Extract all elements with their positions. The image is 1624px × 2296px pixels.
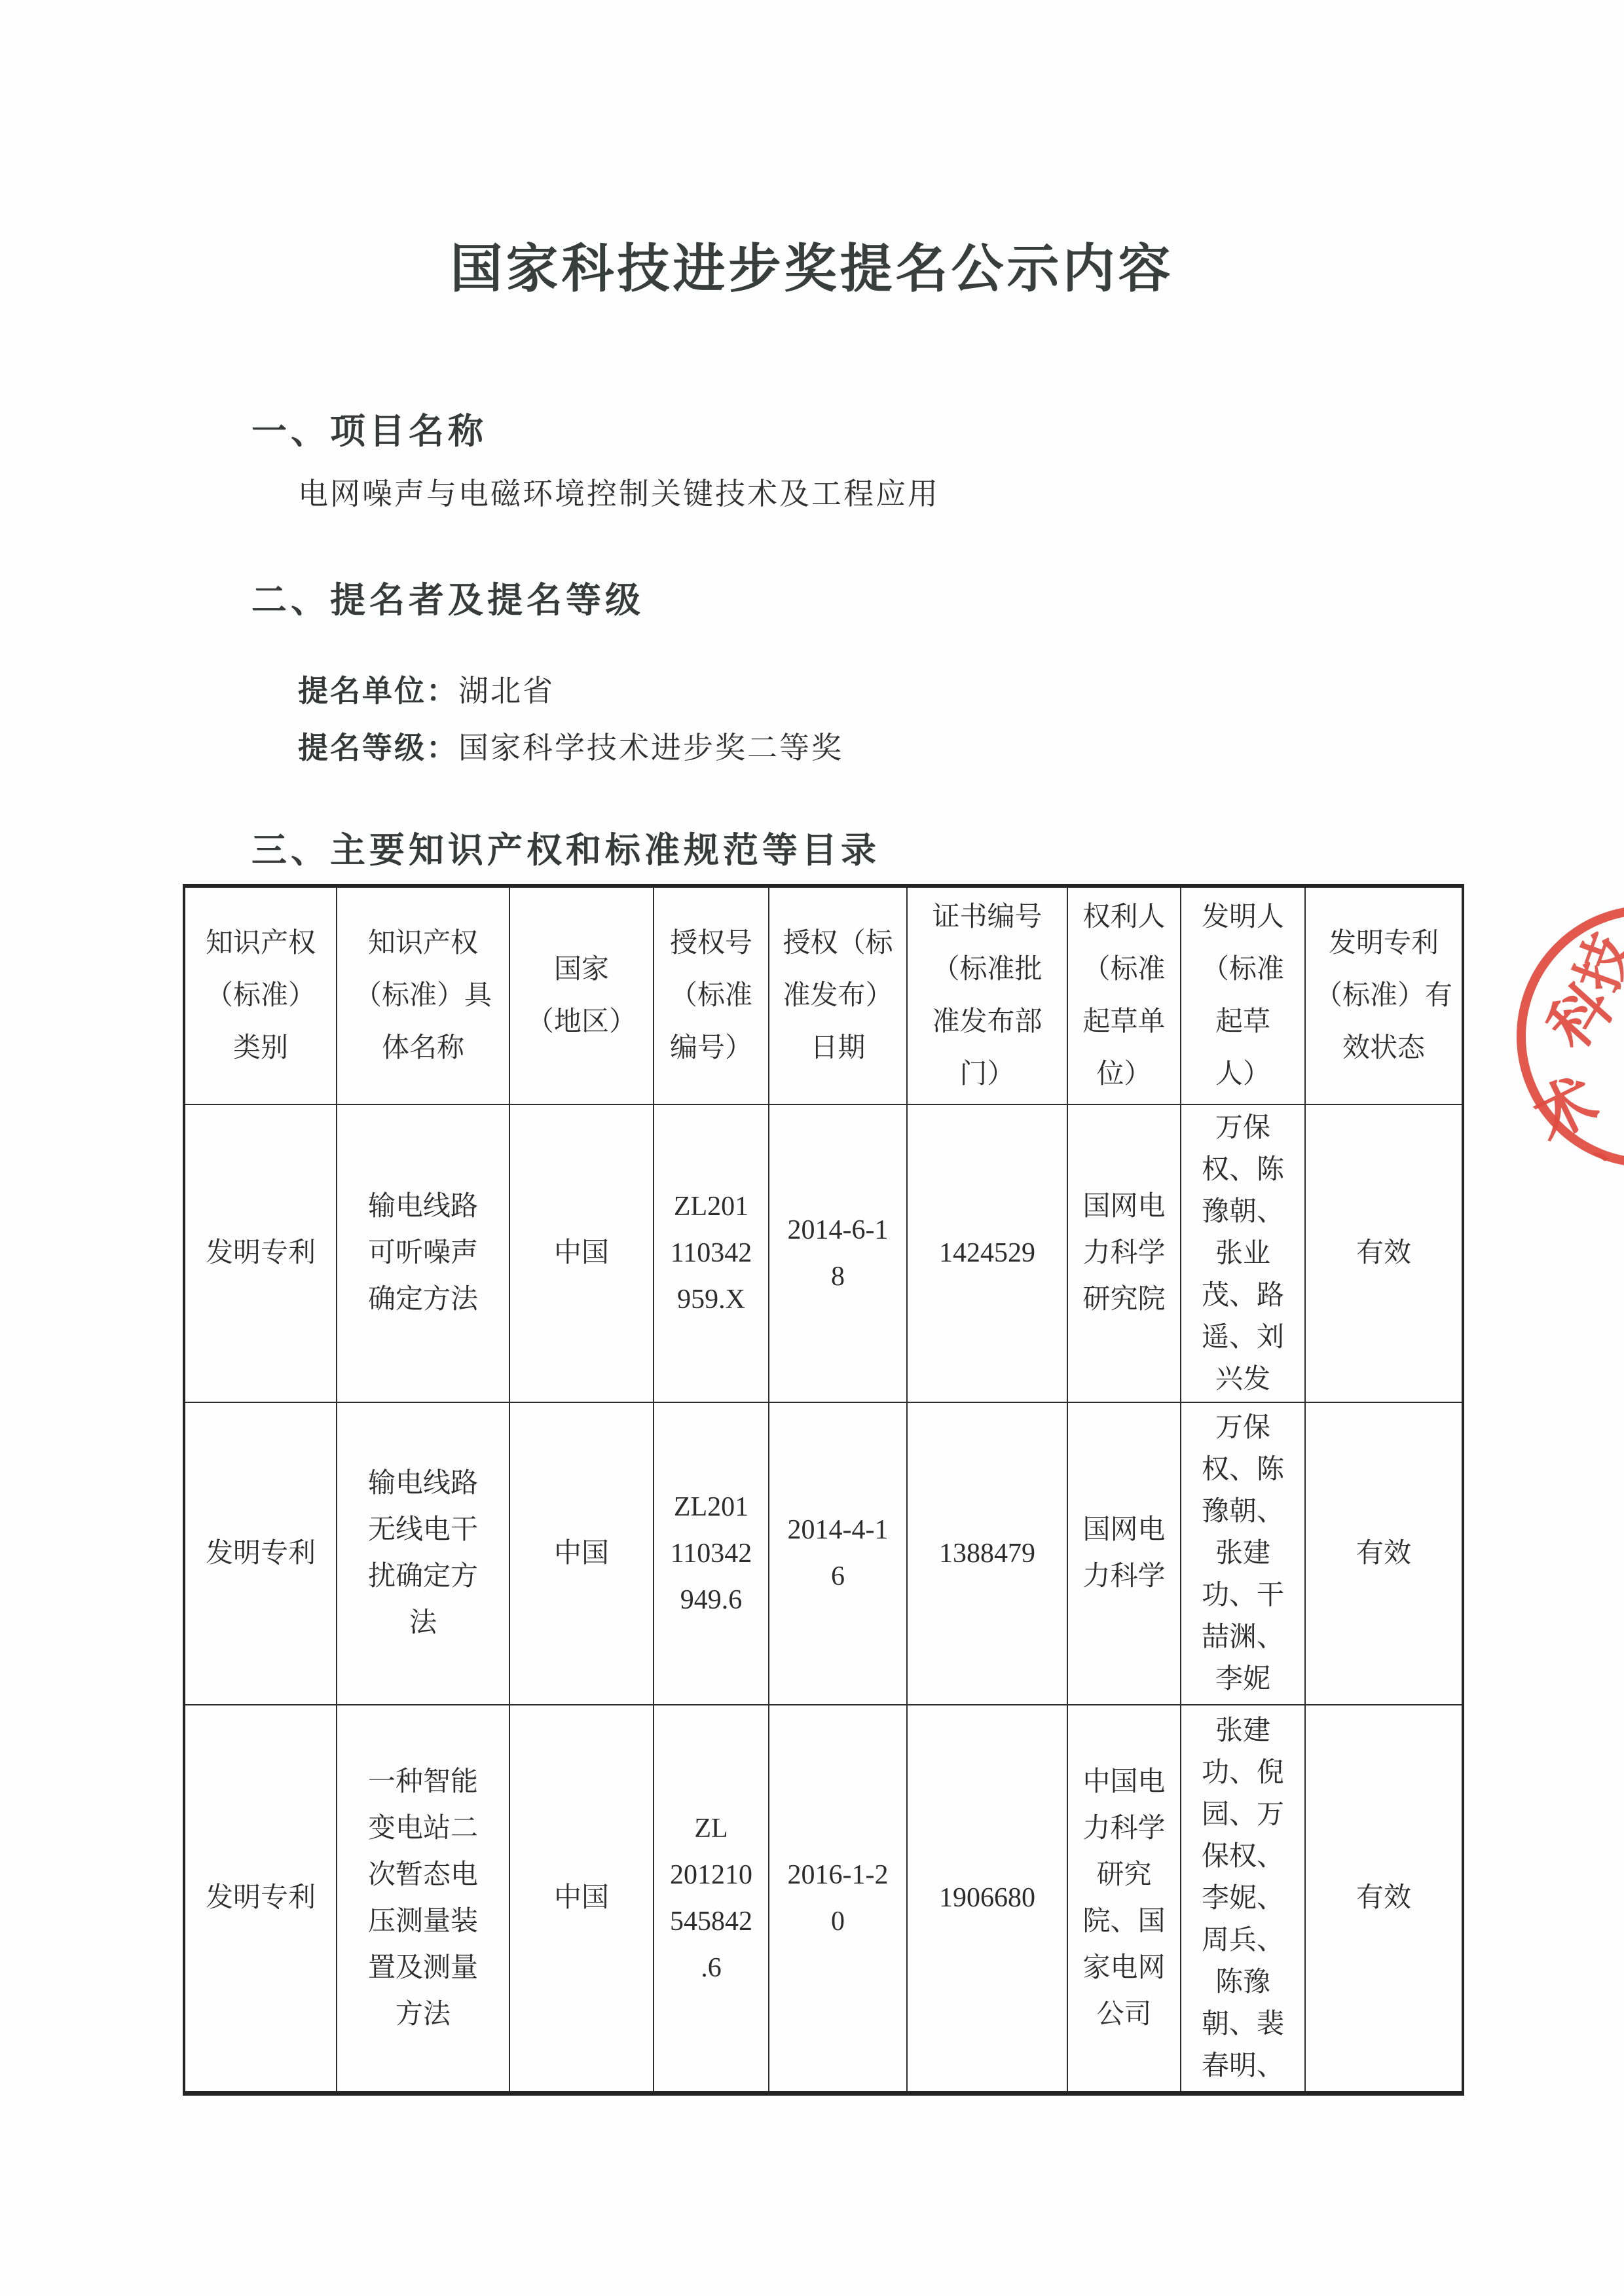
seal-character: 科 [1536,972,1624,1062]
nomination-unit-label: 提名单位： [298,674,458,708]
cell-inventors: 张建 功、倪 园、万 保权、 李妮、 周兵、 陈豫 朝、裴 春明、 [1181,1705,1305,2094]
cell-grant-number: ZL201 110342 949.6 [654,1402,769,1705]
cell-grant-date: 2014-4-1 6 [769,1402,907,1705]
cell-validity-status: 有效 [1305,1402,1463,1705]
cell-validity-status: 有效 [1305,1705,1463,2094]
cell-rights-holder: 国网电 力科学 研究院 [1067,1104,1181,1402]
nomination-fields: 提名单位：湖北省 提名等级：国家科学技术进步奖二等奖 [298,663,843,776]
page-title: 国家科技进步奖提名公示内容 [0,227,1624,302]
cell-ip-category: 发明专利 [184,1705,337,2094]
cell-ip-name: 输电线路 可听噪声 确定方法 [337,1104,509,1402]
section-1-heading: 一、项目名称 [251,403,487,454]
table-row: 发明专利 一种智能 变电站二 次暂态电 压测量装 置及测量 方法 中国 ZL 2… [184,1705,1463,2094]
column-header-grant-date: 授权（标 准发布） 日期 [769,886,907,1104]
cell-grant-date: 2016-1-2 0 [769,1705,907,2094]
column-header-country: 国家 （地区） [509,886,654,1104]
cell-ip-category: 发明专利 [184,1402,337,1705]
section-2-heading: 二、提名者及提名等级 [251,572,644,623]
cell-validity-status: 有效 [1305,1104,1463,1402]
nomination-unit-line: 提名单位：湖北省 [298,663,843,720]
scanned-document-page: 国家科技进步奖提名公示内容 一、项目名称 电网噪声与电磁环境控制关键技术及工程应… [0,0,1624,2296]
cell-grant-date: 2014-6-1 8 [769,1104,907,1402]
cell-rights-holder: 国网电 力科学 [1067,1402,1181,1705]
cell-inventors: 万保 权、陈 豫朝、 张业 茂、路 遥、刘 兴发 [1181,1104,1305,1402]
column-header-ip-name: 知识产权 （标准）具 体名称 [337,886,509,1104]
cell-grant-number: ZL201 110342 959.X [654,1104,769,1402]
table-row: 发明专利 输电线路 无线电干 扰确定方 法 中国 ZL201 110342 94… [184,1402,1463,1705]
cell-country: 中国 [509,1402,654,1705]
column-header-validity-status: 发明专利 （标准）有 效状态 [1305,886,1463,1104]
cell-ip-name: 一种智能 变电站二 次暂态电 压测量装 置及测量 方法 [337,1705,509,2094]
cell-ip-name: 输电线路 无线电干 扰确定方 法 [337,1402,509,1705]
seal-character: 术 [1524,1066,1607,1152]
cell-certificate-number: 1906680 [907,1705,1067,2094]
column-header-ip-category: 知识产权 （标准） 类别 [184,886,337,1104]
project-name-value: 电网噪声与电磁环境控制关键技术及工程应用 [298,470,940,513]
cell-country: 中国 [509,1705,654,2094]
cell-country: 中国 [509,1104,654,1402]
cell-certificate-number: 1388479 [907,1402,1067,1705]
column-header-rights-holder: 权利人 （标准 起草单 位） [1067,886,1181,1104]
red-seal: 技 科 术 、 [1498,896,1624,1181]
table-row: 发明专利 输电线路 可听噪声 确定方法 中国 ZL201 110342 959.… [184,1104,1463,1402]
cell-grant-number: ZL 201210 545842 .6 [654,1705,769,2094]
seal-ring [1521,910,1624,1163]
seal-character: 技 [1565,925,1624,1000]
nomination-grade-line: 提名等级：国家科学技术进步奖二等奖 [298,720,843,776]
section-3-heading: 三、主要知识产权和标准规范等目录 [251,822,880,873]
cell-inventors: 万保 权、陈 豫朝、 张建 功、干 喆渊、 李妮 [1181,1402,1305,1705]
table-header-row: 知识产权 （标准） 类别 知识产权 （标准）具 体名称 国家 （地区） 授权号 … [184,886,1463,1104]
nomination-grade-value: 国家科学技术进步奖二等奖 [458,731,843,765]
nomination-grade-label: 提名等级： [298,731,458,765]
cell-certificate-number: 1424529 [907,1104,1067,1402]
column-header-inventors: 发明人 （标准 起草 人） [1181,886,1305,1104]
cell-rights-holder: 中国电 力科学 研究 院、国 家电网 公司 [1067,1705,1181,2094]
ip-rights-table: 知识产权 （标准） 类别 知识产权 （标准）具 体名称 国家 （地区） 授权号 … [183,884,1464,2096]
seal-character: 、 [1582,1112,1624,1170]
cell-ip-category: 发明专利 [184,1104,337,1402]
column-header-certificate-number: 证书编号 （标准批 准发布部 门） [907,886,1067,1104]
nomination-unit-value: 湖北省 [458,674,555,708]
column-header-grant-number: 授权号 （标准 编号） [654,886,769,1104]
